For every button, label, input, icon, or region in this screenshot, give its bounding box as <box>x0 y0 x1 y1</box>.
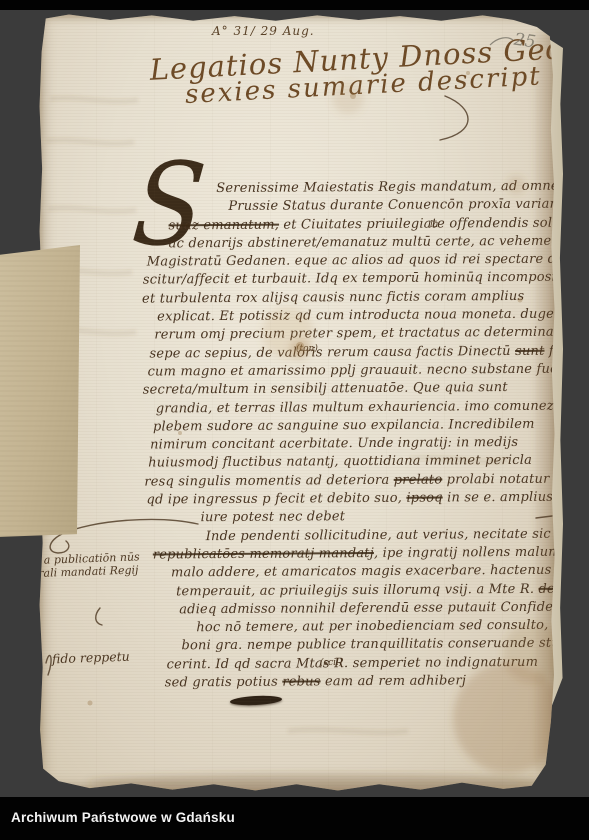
attached-tab <box>0 245 80 537</box>
struck-text: suaz emanatum, <box>168 217 279 233</box>
line-text: secreta/multum in sensibilj attenuatōe. … <box>143 380 508 398</box>
line-text: boni gra. nempe publice tranquillitatis … <box>181 636 589 654</box>
line-text: temperauit, ac priuilegijs suis illorumq… <box>176 581 539 599</box>
line-text: sed gratis potius <box>165 675 283 691</box>
interline-insertion: (ton) <box>296 344 318 354</box>
line-text: et Ciuitates priuilegiate offendendis so… <box>279 215 576 232</box>
margin-note-text: rali mandati Regij <box>38 563 140 580</box>
line-text: scitur/affecit et turbauit. Idq ex tempo… <box>143 270 570 288</box>
margin-note: fido reppetu <box>52 649 130 667</box>
line-text: qd ipe ingressus p fecit et debito suo, <box>146 491 406 508</box>
header-annotation: A° 31/ 29 Aug. <box>212 24 315 38</box>
struck-text: prelato <box>394 472 443 487</box>
archive-caption: Archiwum Państwowe w Gdańsku <box>11 810 235 825</box>
line-text: hoc nō temere, aut per inobedienciam sed… <box>196 617 589 635</box>
line-text: Prussie Status durante Conuencōn proxīa … <box>228 197 589 215</box>
top-black-bar <box>0 0 589 10</box>
line-text: malo addere, et amaricatos magis exacerb… <box>171 563 567 581</box>
line-text: plebem sudore ac sanguine suo expilancia… <box>153 417 535 435</box>
archive-caption-bar: Archiwum Państwowe w Gdańsku <box>0 797 589 840</box>
line-text: Serenissime Maiestatis Regis mandatum, a… <box>216 179 570 196</box>
line-text: nimirum concitant acerbitate. Unde ingra… <box>150 435 518 453</box>
line-text: cerint. Id qd sacra Mtas R. semperiet no… <box>167 655 539 673</box>
line-text: et turbulenta rox alijsq causis nunc fic… <box>142 289 524 307</box>
line-text: Magistratū Gedanen. eque ac alios ad quo… <box>147 252 582 270</box>
line-text: iure potest nec debet <box>201 510 346 526</box>
struck-text: sunt <box>515 343 545 358</box>
interline-insertion: la <box>430 220 438 230</box>
line-text: Inde pendenti sollicitudine, aut verius,… <box>206 526 589 544</box>
ink-blot <box>230 695 282 707</box>
line-text: rerum omj precium preter spem, et tracta… <box>154 325 582 343</box>
manuscript-line: sed gratis potius rebus eam ad rem adhib… <box>165 672 589 693</box>
margin-note: a publicatiōn nūs rali mandati Regij <box>44 550 141 579</box>
page-number: 25 <box>513 30 537 53</box>
line-text: explicat. Et potissiz qd cum introducta … <box>157 307 559 325</box>
line-text: sepe ac sepius, de valoris rerum causa f… <box>149 344 515 362</box>
manuscript-page: A° 31/ 29 Aug. Legatios Nunty Dnoss Geda… <box>38 13 555 792</box>
line-text: eam ad rem adhiberj <box>321 673 467 689</box>
line-text: cum magno et amarissimo pplj grauauit. n… <box>147 362 558 380</box>
line-text: resq singulis momentis ad deteriora <box>144 473 394 490</box>
line-text: , ipe ingratij nollens malum <box>374 545 561 561</box>
struck-text: republicatōes memoratj mandatj <box>153 546 374 563</box>
struck-text: ipsoq <box>406 491 442 506</box>
line-text: adieq admisso nonnihil deferendū esse pu… <box>179 599 589 617</box>
line-text: ac denarijs abstineret/emanatuz multū ce… <box>169 233 574 251</box>
interline-insertion: (scil) <box>320 658 342 668</box>
line-text: grandia, et terras illas multum exhaurie… <box>156 398 554 416</box>
manuscript-body: Serenissime Maiestatis Regis mandatum, a… <box>140 178 589 693</box>
line-text: huiusmodj fluctibus natantj, quottidiana… <box>148 453 532 471</box>
line-text: prolabi notatur <box>442 471 549 487</box>
struck-text: rebus <box>282 674 320 689</box>
